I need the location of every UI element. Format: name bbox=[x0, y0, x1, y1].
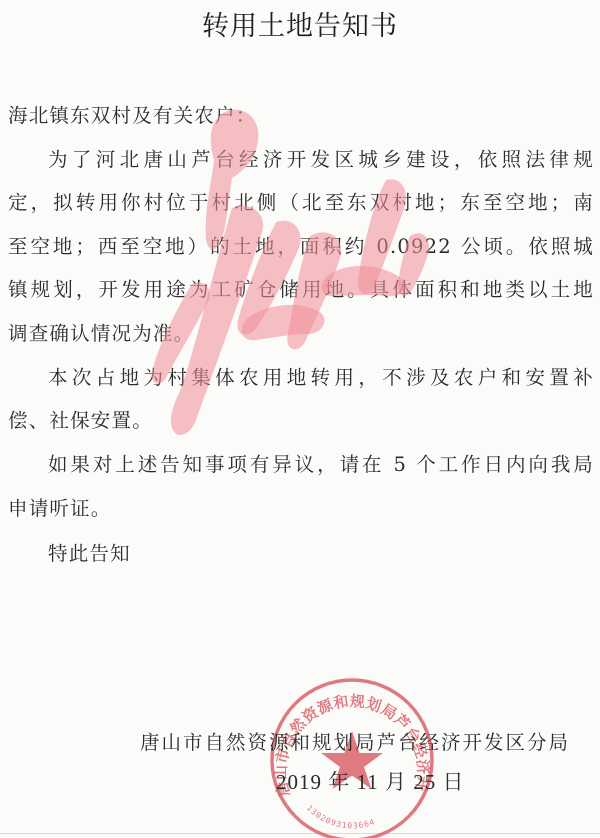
paragraph-line: 本次占地为村集体农用地转用，不涉及农户和安置补 bbox=[48, 362, 594, 390]
paragraph-line: 至空地；西至空地）的土地，面积约 0.0922 公顷。依照城 bbox=[8, 231, 594, 259]
addressee: 海北镇东双村及有关农户： bbox=[8, 100, 256, 128]
paragraph-line: 调查确认情况为准。 bbox=[8, 318, 194, 346]
paragraph-line: 定，拟转用你村位于村北侧（北至东双村地；东至空地；南 bbox=[8, 187, 594, 215]
official-seal-stamp: 唐山市自然资源和规划局芦台经济开发区分局 1302093103664 bbox=[262, 675, 442, 838]
land-use-notice-document: 唐山市自然资源和规划局芦台经济开发区分局 1302093103664 转用土地告… bbox=[0, 0, 600, 838]
paragraph-line: 如果对上述告知事项有异议，请在 5 个工作日内向我局 bbox=[48, 449, 594, 477]
signature-organization: 唐山市自然资源和规划局芦台经济开发区分局 bbox=[140, 727, 570, 755]
document-title: 转用土地告知书 bbox=[0, 4, 600, 43]
paragraph-line: 偿、社保安置。 bbox=[8, 405, 153, 433]
paragraph-line: 申请听证。 bbox=[8, 493, 112, 521]
paragraph-line: 为了河北唐山芦台经济开发区城乡建设，依照法律规 bbox=[48, 144, 594, 172]
page-bottom-divider bbox=[0, 833, 600, 834]
paragraph-line: 镇规划，开发用途为工矿仓储用地。具体面积和地类以土地 bbox=[8, 274, 594, 302]
seal-code: 1302093103664 bbox=[305, 803, 377, 830]
svg-text:1302093103664: 1302093103664 bbox=[305, 803, 377, 830]
signature-date: 2019 年 11 月 25 日 bbox=[276, 766, 464, 796]
closing-statement: 特此告知 bbox=[48, 538, 131, 566]
